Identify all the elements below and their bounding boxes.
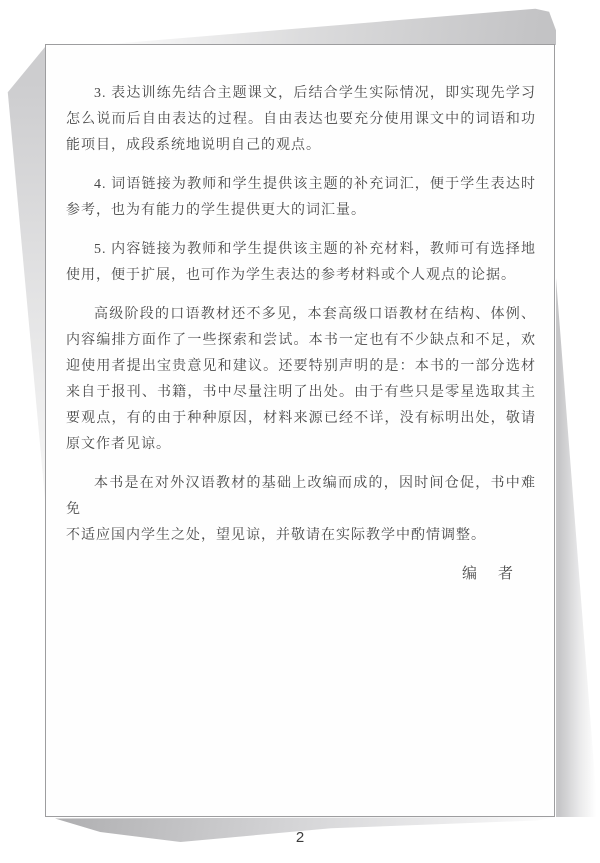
text-line: 原文作者见谅。 — [66, 432, 536, 458]
back-sheet-left-edge — [7, 47, 45, 499]
paragraph: 本书是在对外汉语教材的基础上改编而成的，因时间仓促，书中难免不适应国内学生之处，… — [66, 471, 536, 549]
text-line: 3. 表达训练先结合主题课文，后结合学生实际情况，即实现先学习 — [66, 81, 536, 107]
text-line: 内容编排方面作了一些探索和尝试。本书一定也有不少缺点和不足，欢 — [66, 328, 536, 354]
paragraph: 4. 词语链接为教师和学生提供该主题的补充词汇，便于学生表达时参考，也为有能力的… — [66, 172, 536, 224]
text-line: 要观点，有的由于种种原因，材料来源已经不详，没有标明出处，敬请 — [66, 406, 536, 432]
text-line: 怎么说而后自由表达的过程。自由表达也要充分使用课文中的词语和功 — [66, 107, 536, 133]
text-line: 使用，便于扩展，也可作为学生表达的参考材料或个人观点的论据。 — [66, 263, 536, 289]
text-line: 迎使用者提出宝贵意见和建议。还要特别声明的是：本书的一部分选材 — [66, 354, 536, 380]
back-sheet-top-edge — [98, 8, 556, 45]
paragraph: 3. 表达训练先结合主题课文，后结合学生实际情况，即实现先学习怎么说而后自由表达… — [66, 81, 536, 159]
page-sheet: 3. 表达训练先结合主题课文，后结合学生实际情况，即实现先学习怎么说而后自由表达… — [45, 44, 555, 817]
text-line: 不适应国内学生之处，望见谅，并敬请在实际教学中酌情调整。 — [66, 523, 536, 549]
paragraph: 高级阶段的口语教材还不多见，本套高级口语教材在结构、体例、内容编排方面作了一些探… — [66, 302, 536, 458]
text-line: 5. 内容链接为教师和学生提供该主题的补充材料，教师可有选择地 — [66, 237, 536, 263]
text-line: 参考，也为有能力的学生提供更大的词汇量。 — [66, 198, 536, 224]
text-line: 高级阶段的口语教材还不多见，本套高级口语教材在结构、体例、 — [66, 302, 536, 328]
text-line: 来自于报刊、书籍，书中尽量注明了出处。由于有些只是零星选取其主 — [66, 380, 536, 406]
document-text: 3. 表达训练先结合主题课文，后结合学生实际情况，即实现先学习怎么说而后自由表达… — [46, 45, 554, 549]
text-line: 能项目，成段系统地说明自己的观点。 — [66, 133, 536, 159]
page-right-edge-shadow — [556, 278, 598, 817]
paragraph: 5. 内容链接为教师和学生提供该主题的补充材料，教师可有选择地使用，便于扩展，也… — [66, 237, 536, 289]
editor-signature: 编 者 — [46, 562, 554, 583]
scanned-document-view: 3. 表达训练先结合主题课文，后结合学生实际情况，即实现先学习怎么说而后自由表达… — [0, 0, 600, 863]
text-line: 4. 词语链接为教师和学生提供该主题的补充词汇，便于学生表达时 — [66, 172, 536, 198]
text-line: 本书是在对外汉语教材的基础上改编而成的，因时间仓促，书中难免 — [66, 471, 536, 523]
page-number: 2 — [45, 829, 555, 846]
